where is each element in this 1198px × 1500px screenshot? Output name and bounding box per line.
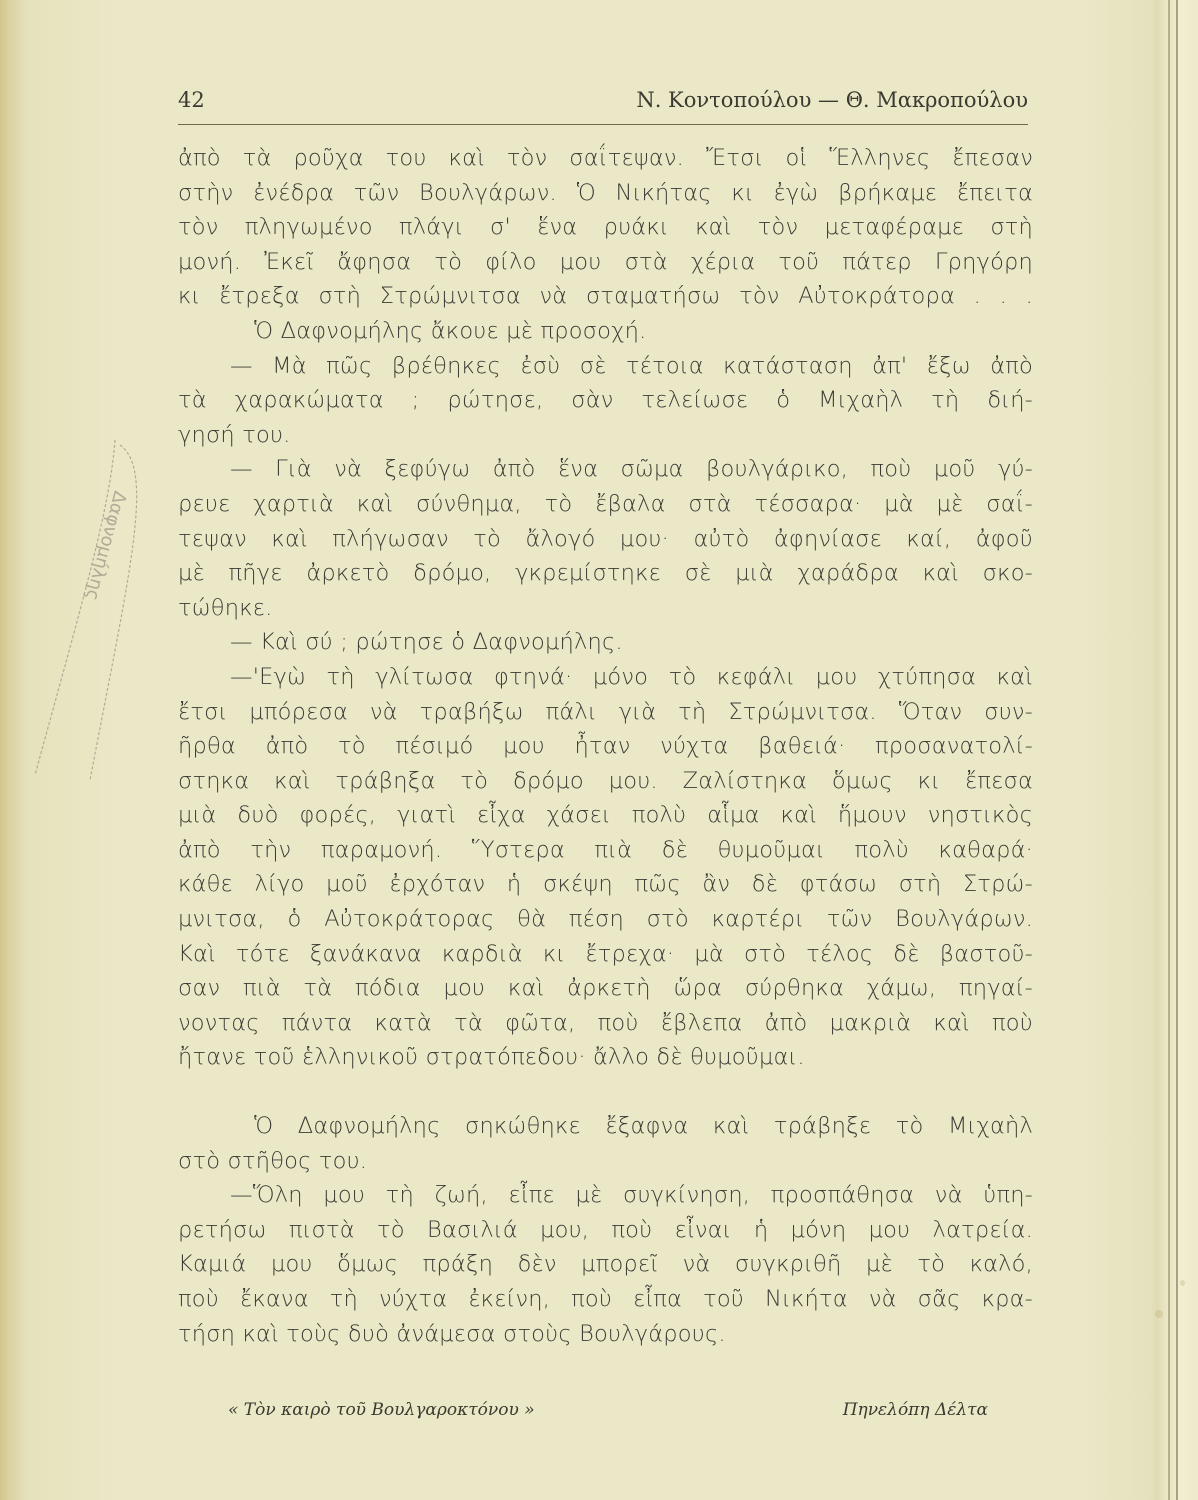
text-line: Καμιά μου ὅμως πράξη δὲν μπορεῖ νὰ συγκρ… xyxy=(178,1247,1033,1282)
running-header: 42 Ν. Κοντοπούλου — Θ. Μακροπούλου xyxy=(178,84,1028,114)
text-line: τεψαν καὶ πλήγωσαν τὸ ἄλογό μου· αὐτὸ ἀφ… xyxy=(178,522,1033,557)
text-line: Ὁ Δαφνομήλης ἄκουε μὲ προσοχή. xyxy=(178,314,1033,349)
page-number: 42 xyxy=(178,88,205,112)
text-line: μονή. Ἐκεῖ ἄφησα τὸ φίλο μου στὰ χέρια τ… xyxy=(178,245,1033,280)
text-line: ῆρθα ἀπὸ τὸ πέσιμό μου ἦταν νύχτα βαθειά… xyxy=(178,729,1033,764)
text-line: ἔτσι μπόρεσα νὰ τραβήξω πάλι γιὰ τὴ Στρώ… xyxy=(178,695,1033,730)
text-line: ἀπὸ τὰ ροῦχα του καὶ τὸν σαΐτεψαν. Ἔτσι … xyxy=(178,141,1033,176)
body-text: ἀπὸ τὰ ροῦχα του καὶ τὸν σαΐτεψαν. Ἔτσι … xyxy=(178,141,1033,1351)
text-line: ἀπὸ τὴν παραμονή. Ὕστερα πιὰ δὲ θυμοῦμαι… xyxy=(178,833,1033,868)
text-line: τὸν πληγωμένο πλάγι σ' ἕνα ρυάκι καὶ τὸν… xyxy=(178,210,1033,245)
page-edge-stack xyxy=(1158,0,1198,1500)
text-line: τώθηκε. xyxy=(178,591,1033,626)
text-line: κι ἔτρεξα στὴ Στρώμνιτσα νὰ σταματήσω τὸ… xyxy=(178,279,1033,314)
text-line: τὰ χαρακώματα ; ρώτησε, σὰν τελείωσε ὁ Μ… xyxy=(178,383,1033,418)
text-line: ρευε χαρτιὰ καὶ σύνθημα, τὸ ἔβαλα στὰ τέ… xyxy=(178,487,1033,522)
text-line: ρετήσω πιστὰ τὸ Βασιλιά μου, ποὺ εἶναι ἡ… xyxy=(178,1213,1033,1248)
text-line: στὸ στῆθος του. xyxy=(178,1144,1033,1179)
text-line: κάθε λίγο μοῦ ἐρχόταν ἡ σκέψη πῶς ἂν δὲ … xyxy=(178,867,1033,902)
text-line: — Καὶ σύ ; ρώτησε ὁ Δαφνομήλης. xyxy=(178,625,1033,660)
text-line: Ὁ Δαφνομήλης σηκώθηκε ἔξαφνα καὶ τράβηξε… xyxy=(178,1109,1033,1144)
text-line: στηκα καὶ τράβηξα τὸ δρόμο μου. Ζαλίστηκ… xyxy=(178,764,1033,799)
paragraph-gap xyxy=(178,1075,1033,1109)
page-binding-shadow xyxy=(0,0,22,1500)
paper-stain xyxy=(1180,1280,1185,1286)
page-footer: « Τὸν καιρὸ τοῦ Βουλγαροκτόνου » Πηνελόπ… xyxy=(228,1400,988,1430)
text-line: —Ὅλη μου τὴ ζωή, εἶπε μὲ συγκίνηση, προσ… xyxy=(178,1178,1033,1213)
text-line: — Μὰ πῶς βρέθηκες ἐσὺ σὲ τέτοια κατάστασ… xyxy=(178,349,1033,384)
text-line: στὴν ἐνέδρα τῶν Βουλγάρων. Ὁ Νικήτας κι … xyxy=(178,176,1033,211)
text-line: σαν πιὰ τὰ πόδια μου καὶ ἀρκετὴ ὥρα σύρθ… xyxy=(178,971,1033,1006)
text-line: Καὶ τότε ξανάκανα καρδιὰ κι ἔτρεχα· μὰ σ… xyxy=(178,937,1033,972)
text-line: ἤτανε τοῦ ἑλληνικοῦ στρατόπεδου· ἄλλο δὲ… xyxy=(178,1040,1033,1075)
book-page: 42 Ν. Κοντοπούλου — Θ. Μακροπούλου ἀπὸ τ… xyxy=(0,0,1198,1500)
source-citation: « Τὸν καιρὸ τοῦ Βουλγαροκτόνου » xyxy=(228,1400,535,1420)
text-line: μνιτσα, ὁ Αὐτοκράτορας θὰ πέση στὸ καρτέ… xyxy=(178,902,1033,937)
text-line: —'Εγὼ τὴ γλίτωσα φτηνά· μόνο τὸ κεφάλι μ… xyxy=(178,660,1033,695)
text-line: μὲ πῆγε ἀρκετὸ δρόμο, γκρεμίστηκε σὲ μιὰ… xyxy=(178,556,1033,591)
pencil-margin-annotation: Δαφνομήλης xyxy=(20,430,140,790)
text-line: νοντας πάντα κατὰ τὰ φῶτα, ποὺ ἔβλεπα ἀπ… xyxy=(178,1006,1033,1041)
source-author: Πηνελόπη Δέλτα xyxy=(843,1400,988,1420)
text-line: τήση καὶ τοὺς δυὸ ἀνάμεσα στοὺς Βουλγάρο… xyxy=(178,1317,1033,1352)
text-line: — Γιὰ νὰ ξεφύγω ἀπὸ ἕνα σῶμα βουλγάρικο,… xyxy=(178,452,1033,487)
margin-note-text: Δαφνομήλης xyxy=(81,489,130,603)
paper-stain xyxy=(1155,1310,1163,1318)
text-line: ποὺ ἔκανα τὴ νύχτα ἐκείνη, ποὺ εἶπα τοῦ … xyxy=(178,1282,1033,1317)
header-rule xyxy=(178,124,1028,125)
text-line: μιὰ δυὸ φορές, γιατὶ εἶχα χάσει πολὺ αἷμ… xyxy=(178,798,1033,833)
text-line: γησή του. xyxy=(178,418,1033,453)
header-authors: Ν. Κοντοπούλου — Θ. Μακροπούλου xyxy=(636,88,1028,112)
